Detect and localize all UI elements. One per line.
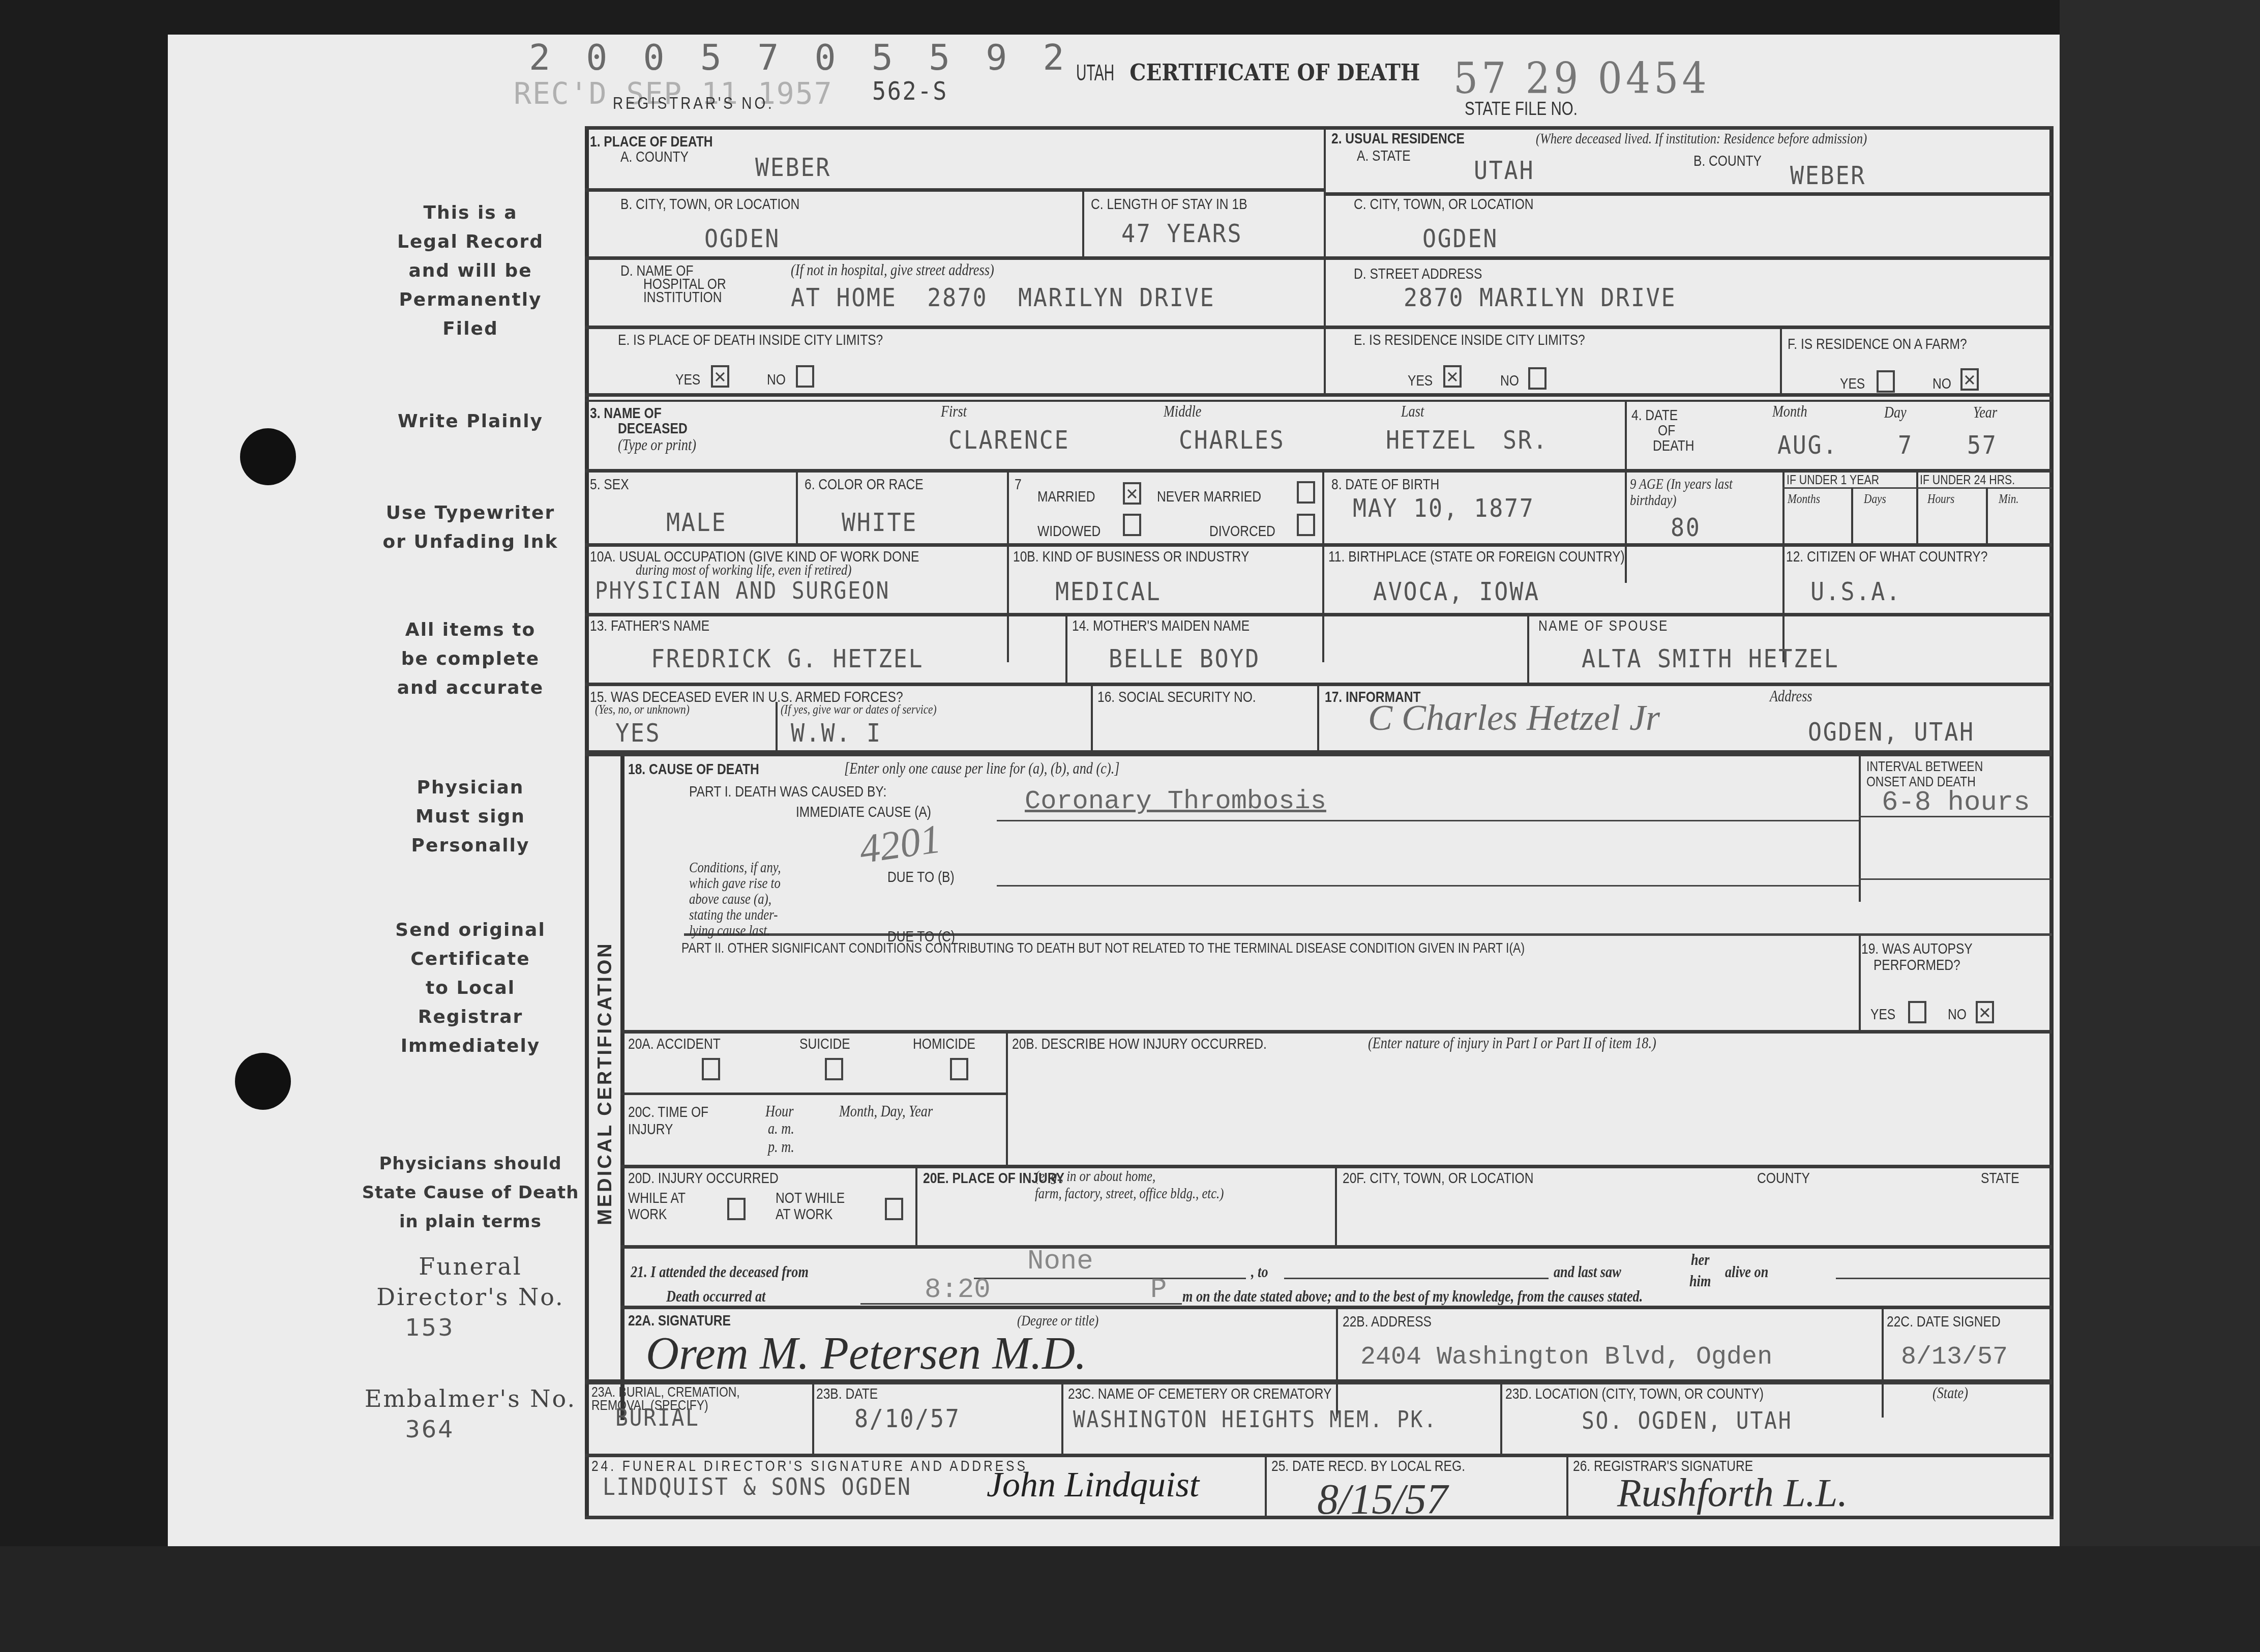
injury-city-label: 20f. CITY, TOWN, OR LOCATION: [1343, 1170, 1533, 1187]
death-ampm: P: [1150, 1275, 1167, 1306]
last-label: Last: [1401, 402, 1424, 421]
months-label: Months: [1788, 491, 1820, 507]
day-label: Day: [1884, 403, 1907, 422]
county-label: b. COUNTY: [1693, 153, 1762, 170]
divider: [585, 400, 2052, 402]
hospital-label-3: INSTITUTION: [643, 289, 722, 306]
under-24hrs-label: IF UNDER 24 HRS.: [1920, 472, 2015, 488]
citizen: U.S.A.: [1810, 577, 1901, 606]
divider: [1566, 1454, 1568, 1517]
date-recd-label: 25. DATE RECD. BY LOCAL REG.: [1271, 1458, 1465, 1475]
physician-address-label: 22b. ADDRESS: [1343, 1313, 1432, 1331]
armed-forces-hint-b: (If yes, give war or dates of service): [781, 702, 937, 717]
divider: [1335, 1165, 1337, 1246]
state-label: a. STATE: [1357, 147, 1411, 165]
father-name: FREDRICK G. HETZEL: [651, 644, 924, 673]
death-time: 8:20: [925, 1275, 991, 1306]
interval-label: INTERVAL BETWEEN ONSET AND DEATH: [1866, 759, 1983, 789]
divider: [776, 702, 778, 753]
divider: [1859, 878, 2052, 880]
time-injury-label: 20c. TIME OF INJURY: [628, 1104, 708, 1138]
usual-residence-label: 2. USUAL RESIDENCE: [1331, 130, 1465, 147]
industry: MEDICAL: [1055, 577, 1162, 606]
divider: [1782, 469, 1785, 662]
registrar-no: 562-S: [872, 76, 948, 106]
funeral-director-signature: John Lindquist: [987, 1465, 1199, 1506]
due-to-b-label: DUE TO (b): [887, 869, 955, 886]
married-label: MARRIED: [1037, 488, 1095, 506]
city-label: c. CITY, TOWN, OR LOCATION: [1354, 196, 1534, 213]
page-title: UTAH CERTIFICATE OF DEATH: [1068, 60, 1420, 86]
divider: [1317, 683, 1319, 754]
due-to-b-line: [997, 885, 1859, 887]
cause-hint: [Enter only one cause per line for (a), …: [844, 759, 1119, 778]
war-service: W.W. I: [791, 718, 882, 748]
county-label: a. COUNTY: [620, 149, 689, 166]
signature-label: 22a. SIGNATURE: [628, 1312, 731, 1330]
scanner-background-bottom: [0, 1546, 2260, 1652]
embalmer-no-label: Embalmer's No.: [356, 1383, 585, 1414]
death-occurred-suffix: m on the date stated above; and to the b…: [1182, 1287, 1643, 1306]
her-label: her: [1691, 1250, 1709, 1269]
homicide-label: HOMICIDE: [913, 1036, 975, 1053]
immediate-cause-label: IMMEDIATE CAUSE (a): [796, 804, 931, 821]
residence-city-limits-label: e. IS RESIDENCE INSIDE CITY LIMITS?: [1354, 332, 1585, 349]
length-of-stay-label: c. LENGTH OF STAY IN 1b: [1091, 196, 1247, 213]
injury-occurred-label: 20d. INJURY OCCURRED: [628, 1170, 779, 1187]
divider: [1780, 326, 1782, 397]
part2-label: PART II. OTHER SIGNIFICANT CONDITIONS CO…: [681, 940, 1525, 956]
divider: [620, 1093, 1007, 1095]
informant-signature: C Charles Hetzel Jr: [1368, 697, 1660, 739]
informant-address: OGDEN, UTAH: [1808, 717, 1975, 747]
inside-city-limits-label: e. IS PLACE OF DEATH INSIDE CITY LIMITS?: [618, 332, 883, 349]
not-while-at-work-label: NOT WHILE AT WORK: [776, 1190, 845, 1223]
homicide-checkbox[interactable]: [950, 1058, 968, 1080]
date-signed: 8/13/57: [1901, 1343, 2008, 1372]
divider: [585, 326, 2052, 329]
occupation-hint: during most of working life, even if ret…: [636, 562, 852, 579]
divider: [585, 613, 2052, 616]
divider: [1265, 1454, 1267, 1517]
disposition: BURIAL: [615, 1404, 700, 1431]
degree-label: (Degree or title): [1017, 1312, 1098, 1330]
form-border-right: [2049, 127, 2054, 1519]
suicide-checkbox[interactable]: [825, 1058, 843, 1080]
divider: [1859, 935, 1861, 1031]
residence-state: UTAH: [1474, 156, 1534, 185]
suicide-label: SUICIDE: [799, 1036, 850, 1053]
on-farm-no-checkbox[interactable]: ✕: [1960, 368, 1979, 391]
attended-prefix: 21. I attended the deceased from: [631, 1262, 809, 1281]
marital-label-num: 7: [1015, 476, 1022, 493]
divider: [1625, 400, 1627, 583]
death-day: 7: [1898, 430, 1913, 460]
burial-location: SO. OGDEN, UTAH: [1582, 1407, 1792, 1434]
divorced-checkbox[interactable]: [1297, 514, 1315, 536]
stamped-microfilm-number: 2 0 0 5 7 0 5 5 9 2: [529, 37, 1072, 78]
divider: [1986, 487, 1988, 544]
name-label-2: DECEASED: [618, 420, 688, 437]
age-label: 9 AGE (In years last birthday): [1630, 476, 1772, 509]
immediate-cause-line: [997, 820, 1859, 821]
death-in-city-yes-checkbox[interactable]: ✕: [711, 365, 729, 388]
min-label: Min.: [1999, 491, 2019, 507]
accident-checkbox[interactable]: [702, 1058, 720, 1080]
on-farm-label: f. IS RESIDENCE ON A FARM?: [1788, 336, 1967, 353]
sex: MALE: [666, 508, 727, 537]
divider: [585, 188, 1325, 192]
autopsy-no-checkbox[interactable]: ✕: [1976, 1001, 1994, 1023]
divider: [812, 1383, 814, 1455]
registrar-no-label: REGISTRAR'S NO.: [613, 94, 775, 113]
race-label: 6. COLOR OR RACE: [805, 476, 924, 493]
am-label: a. m.: [768, 1119, 794, 1138]
immediate-cause: Coronary Thrombosis: [1025, 786, 1326, 816]
first-label: First: [941, 402, 967, 421]
no-label: NO: [1500, 372, 1519, 390]
place-of-death-county: WEBER: [755, 153, 831, 182]
never-married-checkbox[interactable]: [1297, 481, 1315, 504]
hole-punch-icon: [235, 1053, 291, 1110]
death-month: AUG.: [1777, 430, 1838, 460]
divider: [1916, 469, 1918, 545]
attended-from: None: [1027, 1246, 1093, 1277]
funeral-director-label: 24. FUNERAL DIRECTOR'S SIGNATURE AND ADD…: [591, 1458, 1028, 1475]
divider: [1091, 683, 1093, 754]
informant-address-label: Address: [1770, 687, 1812, 705]
divider: [796, 469, 798, 544]
city-label: b. CITY, TOWN, OR LOCATION: [620, 196, 799, 213]
residence-county: WEBER: [1790, 161, 1866, 190]
registrar-signature: Rushforth L.L.: [1617, 1470, 1848, 1516]
sidebar-note-cause-plain-terms: Physicians should State Cause of Death i…: [356, 1149, 585, 1236]
sidebar-note-write-plainly: Write Plainly: [356, 407, 585, 436]
date-of-birth: MAY 10, 1877: [1353, 493, 1535, 523]
while-at-work-checkbox[interactable]: [727, 1198, 746, 1220]
armed-forces: YES: [615, 718, 661, 748]
burial-location-label: 23d. LOCATION (City, town, or county): [1505, 1385, 1764, 1403]
hole-punch-icon: [240, 428, 296, 485]
physician-signature: Orem M. Petersen M.D.: [646, 1327, 1086, 1380]
on-farm-yes-checkbox[interactable]: [1877, 370, 1895, 393]
divider: [1065, 613, 1067, 684]
name-label-1: 3. NAME OF: [590, 405, 662, 422]
divider: [585, 1379, 2052, 1384]
spouse-label: NAME OF SPOUSE: [1538, 617, 1669, 635]
not-while-at-work-checkbox[interactable]: [885, 1198, 903, 1220]
while-at-work-label: WHILE AT WORK: [628, 1190, 686, 1223]
no-label: NO: [1948, 1006, 1967, 1023]
divider: [915, 1165, 917, 1246]
scanner-background-right: [2060, 0, 2260, 1652]
alive-on-label: alive on: [1725, 1262, 1768, 1281]
sex-label: 5. SEX: [590, 476, 629, 493]
funeral-director-no: 153: [315, 1312, 544, 1343]
divider: [1859, 756, 1861, 902]
divider: [1082, 190, 1084, 257]
death-time-line: [860, 1303, 1182, 1305]
race: WHITE: [842, 508, 917, 537]
attended-to-label: , to: [1251, 1262, 1268, 1281]
never-married-label: NEVER MARRIED: [1157, 488, 1261, 506]
embalmer-no: 364: [315, 1414, 544, 1444]
armed-forces-hint-a: (Yes, no, or unknown): [595, 702, 690, 717]
divider: [1324, 127, 1326, 397]
birthplace-label: 11. BIRTHPLACE (State or foreign country…: [1328, 548, 1625, 566]
hour-label: Hour: [765, 1102, 793, 1120]
usual-residence-hint: (Where deceased lived. If institution: R…: [1536, 130, 1867, 147]
mother-label: 14. MOTHER'S MAIDEN NAME: [1072, 617, 1250, 635]
cemetery: WASHINGTON HEIGHTS MEM. PK.: [1073, 1407, 1438, 1433]
title-text: CERTIFICATE OF DEATH: [1129, 60, 1420, 86]
date-signed-label: 22c. DATE SIGNED: [1887, 1313, 2001, 1331]
cemetery-label: 23c. NAME OF CEMETERY OR CREMATORY: [1068, 1385, 1332, 1403]
month-label: Month: [1772, 402, 1807, 421]
divider: [1500, 1383, 1502, 1455]
state-file-no: 57 29 0454: [1453, 53, 1710, 103]
divider: [585, 256, 2052, 260]
no-label: NO: [1932, 375, 1951, 393]
conditions-hint: Conditions, if any, which gave rise to a…: [689, 860, 781, 938]
date-recd: 8/15/57: [1317, 1475, 1448, 1524]
residence-in-city-yes-checkbox[interactable]: ✕: [1443, 365, 1462, 388]
days-label: Days: [1864, 491, 1886, 507]
divider: [1061, 1383, 1063, 1455]
middle-label: Middle: [1164, 402, 1201, 421]
pm-label: p. m.: [768, 1137, 794, 1156]
sidebar-note-legal-record: This is a Legal Record and will be Perma…: [356, 198, 585, 343]
form-border-left: [585, 127, 589, 1519]
funeral-director: LINDQUIST & SONS OGDEN: [603, 1473, 912, 1500]
sidebar-note-typewriter: Use Typewriter or Unfading Ink: [356, 498, 585, 556]
residence-city: OGDEN: [1422, 224, 1498, 253]
married-checkbox[interactable]: ✕: [1123, 482, 1141, 505]
mother-name: BELLE BOYD: [1109, 644, 1260, 673]
divider: [585, 543, 2052, 547]
autopsy-yes-checkbox[interactable]: [1908, 1001, 1926, 1023]
length-of-stay: 47 YEARS: [1121, 219, 1242, 248]
place-injury-hint: (e. g., in or about home, farm, factory,…: [1035, 1168, 1224, 1202]
interval: 6-8 hours: [1882, 787, 2030, 818]
describe-injury-hint: (Enter nature of injury in Part I or Par…: [1368, 1034, 1656, 1052]
date-of-death-label-1: 4. DATE: [1631, 407, 1678, 424]
month-day-year-label: Month, Day, Year: [839, 1102, 933, 1120]
last-saw-label: and last saw: [1554, 1262, 1621, 1281]
divider: [1322, 469, 1324, 662]
death-year: 57: [1967, 430, 1998, 460]
burial-date-label: 23b. DATE: [816, 1385, 878, 1403]
burial-date: 8/10/57: [854, 1404, 961, 1433]
sidebar-note-complete: All items to be complete and accurate: [356, 615, 585, 702]
yes-label: YES: [1840, 375, 1865, 393]
deceased-suffix: SR.: [1503, 425, 1548, 455]
death-in-city-no-checkbox[interactable]: [796, 365, 814, 388]
yes-label: YES: [1408, 372, 1433, 390]
residence-street: 2870 MARILYN DRIVE: [1404, 283, 1676, 312]
divider: [1882, 1306, 1884, 1418]
hospital-hint: (If not in hospital, give street address…: [791, 260, 994, 279]
divider: [1851, 487, 1853, 544]
describe-injury-label: 20b. DESCRIBE HOW INJURY OCCURRED.: [1012, 1036, 1267, 1053]
divorced-label: DIVORCED: [1209, 523, 1275, 540]
divider: [585, 126, 2054, 130]
title-prefix: UTAH: [1076, 61, 1114, 86]
deceased-last-name: HETZEL: [1386, 425, 1477, 455]
divider: [1325, 192, 2052, 196]
place-of-death-city: OGDEN: [704, 224, 780, 253]
citizen-label: 12. CITIZEN OF WHAT COUNTRY?: [1786, 548, 1987, 566]
sidebar-note-send-original: Send original Certificate to Local Regis…: [356, 916, 585, 1060]
yes-label: YES: [1870, 1006, 1895, 1023]
place-of-death-label: 1. PLACE OF DEATH: [590, 133, 712, 151]
injury-county-label: COUNTY: [1757, 1170, 1810, 1187]
yes-label: YES: [675, 371, 700, 389]
autopsy-label: 19. WAS AUTOPSY PERFORMED?: [1861, 941, 1973, 973]
hours-label: Hours: [1927, 491, 1954, 507]
him-label: him: [1689, 1272, 1711, 1290]
name-hint: (Type or print): [618, 435, 696, 454]
street-address-label: d. STREET ADDRESS: [1354, 265, 1482, 283]
widowed-checkbox[interactable]: [1123, 514, 1141, 536]
divider: [585, 750, 2052, 756]
widowed-label: WIDOWED: [1037, 523, 1101, 540]
divider: [585, 393, 2052, 397]
death-occurred-label: Death occurred at: [666, 1287, 765, 1306]
deceased-middle-name: CHARLES: [1179, 425, 1285, 455]
divider: [1007, 469, 1009, 662]
medical-certification-label: MEDICAL CERTIFICATION: [585, 951, 626, 1216]
father-label: 13. FATHER'S NAME: [590, 617, 709, 635]
divider: [620, 1030, 2052, 1034]
divider: [585, 1454, 2052, 1457]
under-1yr-label: IF UNDER 1 YEAR: [1787, 472, 1879, 488]
state-file-no-label: STATE FILE NO.: [1465, 98, 1578, 120]
date-of-death-label-3: DEATH: [1653, 437, 1694, 455]
funeral-director-no-label: Funeral Director's No.: [356, 1251, 585, 1312]
sidebar-note-physician-sign: Physician Must sign Personally: [356, 773, 585, 860]
part1-label: PART I. DEATH WAS CAUSED BY:: [689, 783, 886, 801]
attended-to-line: [1284, 1278, 1549, 1279]
spouse-name: ALTA SMITH HETZEL: [1582, 644, 1839, 673]
divider: [1336, 1306, 1338, 1418]
ssn-label: 16. SOCIAL SECURITY NO.: [1097, 689, 1256, 706]
attended-from-line: [974, 1278, 1246, 1279]
alive-on-line: [1836, 1278, 2049, 1279]
residence-in-city-no-checkbox[interactable]: [1528, 367, 1547, 390]
accident-label: 20a. ACCIDENT: [628, 1036, 721, 1053]
divider: [620, 1245, 2052, 1249]
cause-of-death-label: 18. CAUSE OF DEATH: [628, 761, 759, 778]
industry-label: 10b. KIND OF BUSINESS OR INDUSTRY: [1013, 548, 1249, 566]
injury-state-label: STATE: [1981, 1170, 2019, 1187]
year-label: Year: [1973, 403, 1997, 422]
burial-state-label: (State): [1932, 1383, 1968, 1402]
date-of-death-label-2: OF: [1658, 422, 1675, 439]
physician-address: 2404 Washington Blvd, Ogden: [1360, 1343, 1772, 1372]
place-of-death-hospital: AT HOME 2870 MARILYN DRIVE: [791, 283, 1215, 312]
divider: [1527, 613, 1529, 684]
divider: [1006, 1030, 1008, 1166]
birthplace: AVOCA, IOWA: [1373, 577, 1540, 606]
age: 80: [1671, 513, 1701, 542]
occupation: PHYSICIAN AND SURGEON: [595, 577, 890, 604]
dob-label: 8. DATE OF BIRTH: [1331, 476, 1439, 493]
no-label: NO: [767, 371, 786, 389]
deceased-first-name: CLARENCE: [948, 425, 1069, 455]
